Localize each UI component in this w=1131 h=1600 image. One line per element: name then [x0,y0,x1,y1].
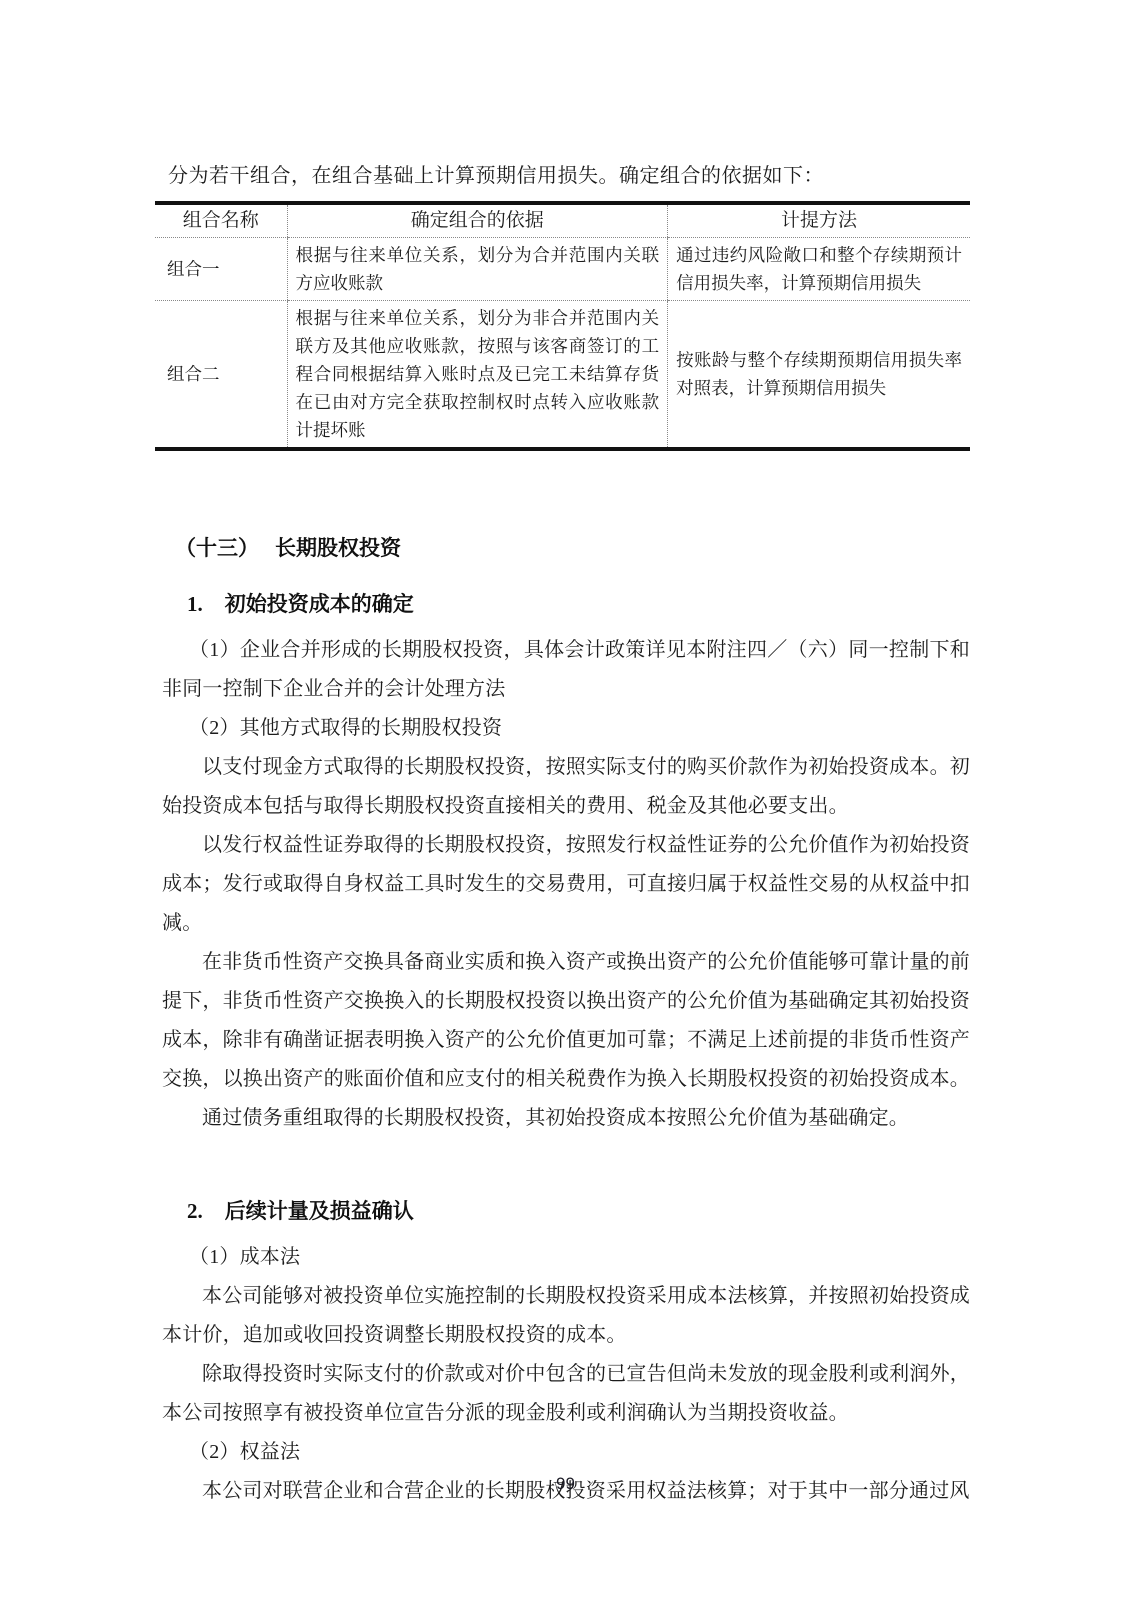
col-header-portfolio-name: 组合名称 [155,203,287,238]
subsection-2-title: 后续计量及损益确认 [225,1199,414,1223]
portfolio-1-name: 组合一 [155,238,287,301]
paragraph: （1）企业合并形成的长期股权投资，具体会计政策详见本附注四／（六）同一控制下和非… [162,631,970,709]
table-header-row: 组合名称 确定组合的依据 计提方法 [155,203,970,238]
paragraph: 本公司能够对被投资单位实施控制的长期股权投资采用成本法核算，并按照初始投资成本计… [162,1277,970,1355]
subsection-2-number: 2. [187,1199,203,1223]
paragraph: 通过债务重组取得的长期股权投资，其初始投资成本按照公允价值为基础确定。 [162,1099,970,1138]
portfolio-2-basis: 根据与往来单位关系，划分为非合并范围内关联方及其他应收账款，按照与该客商签订的工… [287,301,668,450]
paragraph: 以发行权益性证券取得的长期股权投资，按照发行权益性证券的公允价值作为初始投资成本… [162,826,970,943]
section-13-title: 长期股权投资 [275,536,401,560]
paragraph: 在非货币性资产交换具备商业实质和换入资产或换出资产的公允价值能够可靠计量的前提下… [162,943,970,1099]
content-column: 分为若干组合，在组合基础上计算预期信用损失。确定组合的依据如下： 组合名称 确定… [155,163,970,1511]
table-row: 组合一 根据与往来单位关系，划分为合并范围内关联方应收账款 通过违约风险敞口和整… [155,238,970,301]
paragraph: 除取得投资时实际支付的价款或对价中包含的已宣告但尚未发放的现金股利或利润外，本公… [162,1355,970,1433]
portfolio-1-method: 通过违约风险敞口和整个存续期预计信用损失率，计算预期信用损失 [668,238,970,301]
portfolio-2-name: 组合二 [155,301,287,450]
paragraph: （2）权益法 [162,1433,970,1472]
paragraph: 以支付现金方式取得的长期股权投资，按照实际支付的购买价款作为初始投资成本。初始投… [162,748,970,826]
col-header-basis: 确定组合的依据 [287,203,668,238]
col-header-method: 计提方法 [668,203,970,238]
intro-text: 分为若干组合，在组合基础上计算预期信用损失。确定组合的依据如下： [168,163,970,190]
portfolio-2-method: 按账龄与整个存续期预期信用损失率对照表，计算预期信用损失 [668,301,970,450]
subsection-1-title: 初始投资成本的确定 [225,592,414,616]
section-13-heading: （十三）长期股权投资 [175,533,970,563]
paragraph: （2）其他方式取得的长期股权投资 [162,709,970,748]
document-page: 分为若干组合，在组合基础上计算预期信用损失。确定组合的依据如下： 组合名称 确定… [0,0,1131,1600]
section-13-number: （十三） [175,536,259,560]
subsection-1-heading: 1.初始投资成本的确定 [187,589,970,619]
paragraph: （1）成本法 [162,1238,970,1277]
table-row: 组合二 根据与往来单位关系，划分为非合并范围内关联方及其他应收账款，按照与该客商… [155,301,970,450]
page-number: 99 [0,1474,1131,1494]
portfolio-1-basis: 根据与往来单位关系，划分为合并范围内关联方应收账款 [287,238,668,301]
subsection-2-heading: 2.后续计量及损益确认 [187,1196,970,1226]
subsection-1-number: 1. [187,592,203,616]
credit-loss-portfolio-table: 组合名称 确定组合的依据 计提方法 组合一 根据与往来单位关系，划分为合并范围内… [155,201,970,451]
